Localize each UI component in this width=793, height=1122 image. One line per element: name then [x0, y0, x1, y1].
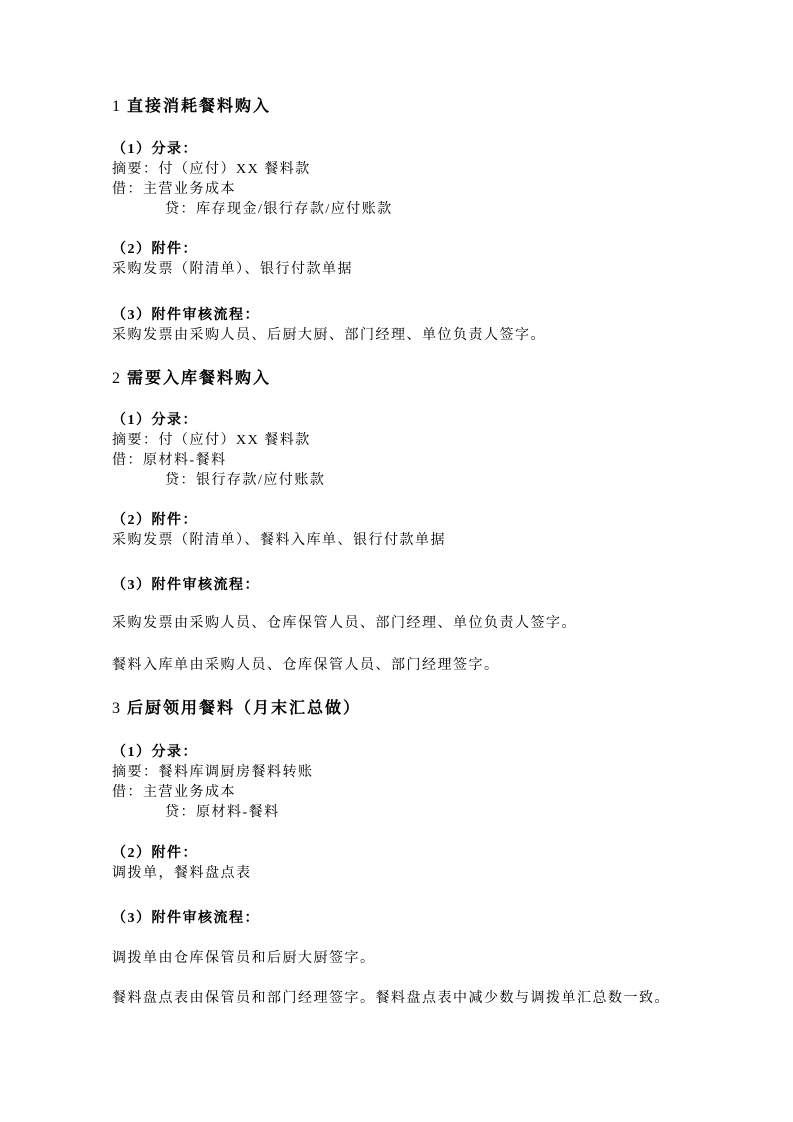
journal-debit-line: 借：主营业务成本 [112, 783, 733, 803]
section-heading: 3后厨领用餐料（月末汇总做） [112, 699, 733, 719]
attachments-label: （2）附件： [112, 240, 733, 260]
review-step: 调拨单由仓库保管员和后厨大厨签字。 [112, 949, 733, 969]
journal-summary-line: 摘要：付（应付）XX 餐料款 [112, 160, 733, 180]
review-label: （3）附件审核流程： [112, 576, 733, 596]
review-label: （3）附件审核流程： [112, 306, 733, 326]
journal-summary-line: 摘要：餐料库调厨房餐料转账 [112, 763, 733, 783]
journal-debit-line: 借：原材料-餐料 [112, 451, 733, 471]
journal-credit-line: 贷：银行存款/应付账款 [112, 471, 733, 491]
review-step: 采购发票由采购人员、仓库保管人员、部门经理、单位负责人签字。 [112, 614, 733, 634]
document-page: 1直接消耗餐料购入 （1）分录： 摘要：付（应付）XX 餐料款 借：主营业务成本… [0, 0, 793, 1122]
review-step: 餐料入库单由采购人员、仓库保管人员、部门经理签字。 [112, 656, 733, 676]
section-heading: 2需要入库餐料购入 [112, 369, 733, 389]
section-title: 后厨领用餐料（月末汇总做） [127, 700, 361, 717]
section-number: 2 [112, 370, 122, 387]
journal-debit-line: 借：主营业务成本 [112, 180, 733, 200]
attachments-label: （2）附件： [112, 511, 733, 531]
attachments-text: 采购发票（附清单）、餐料入库单、银行付款单据 [112, 531, 733, 551]
section-number: 3 [112, 700, 122, 717]
entry-label: （1）分录： [112, 140, 733, 160]
review-step: 餐料盘点表由保管员和部门经理签字。餐料盘点表中减少数与调拨单汇总数一致。 [112, 989, 733, 1009]
section-number: 1 [112, 98, 122, 115]
section-heading: 1直接消耗餐料购入 [112, 97, 733, 117]
journal-summary-line: 摘要：付（应付）XX 餐料款 [112, 431, 733, 451]
attachments-text: 调拨单，餐料盘点表 [112, 864, 733, 884]
attachments-label: （2）附件： [112, 844, 733, 864]
journal-credit-line: 贷：库存现金/银行存款/应付账款 [112, 200, 733, 220]
section-title: 需要入库餐料购入 [127, 370, 271, 387]
attachments-text: 采购发票（附清单）、银行付款单据 [112, 260, 733, 280]
entry-label: （1）分录： [112, 411, 733, 431]
entry-label: （1）分录： [112, 743, 733, 763]
review-label: （3）附件审核流程： [112, 909, 733, 929]
journal-credit-line: 贷：原材料-餐料 [112, 803, 733, 823]
review-step: 采购发票由采购人员、后厨大厨、部门经理、单位负责人签字。 [112, 326, 733, 346]
section-title: 直接消耗餐料购入 [127, 98, 271, 115]
